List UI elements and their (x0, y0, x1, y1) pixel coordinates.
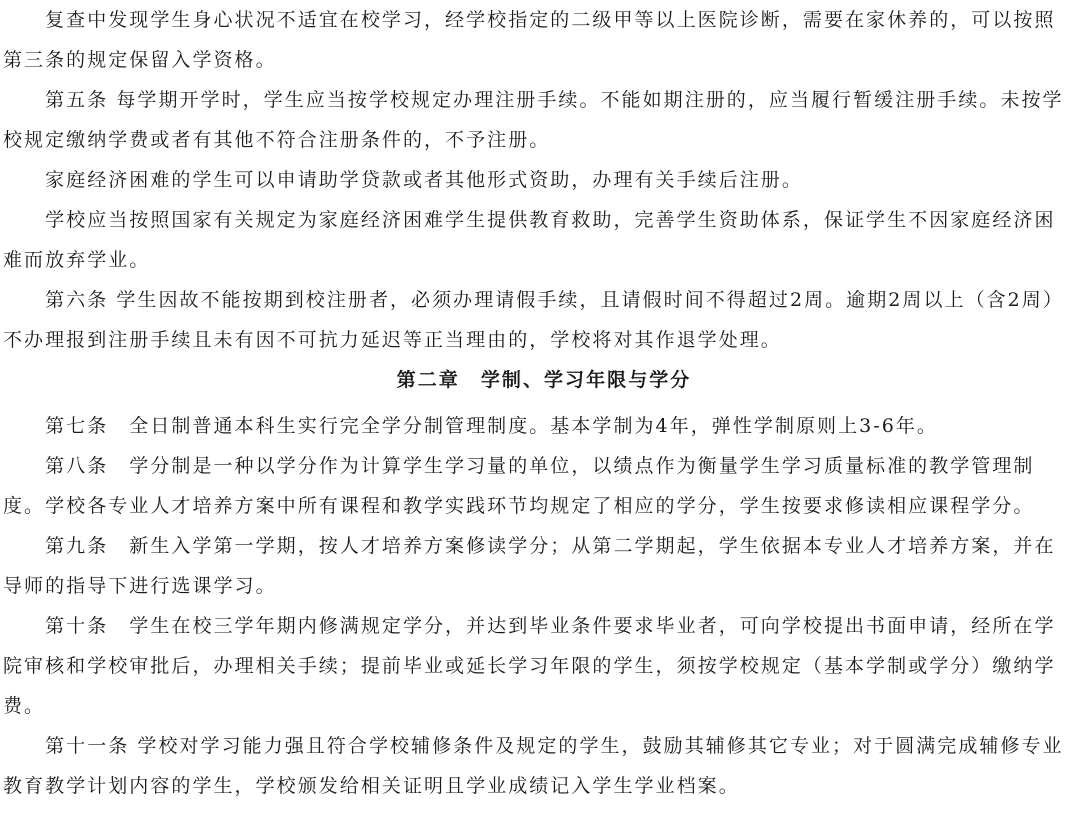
article-8: 第八条 学分制是一种以学分作为计算学生学习量的单位，以绩点作为衡量学生学习质量标… (3, 446, 1079, 526)
text-line: 第十一条 学校对学习能力强且符合学校辅修条件及规定的学生，鼓励其辅修其它专业；对… (3, 726, 1079, 766)
text-line: 导师的指导下进行选课学习。 (3, 566, 1079, 606)
text-line: 第十条 学生在校三学年期内修满规定学分，并达到毕业条件要求毕业者，可向学校提出书… (3, 606, 1079, 646)
text-line: 学校应当按照国家有关规定为家庭经济困难学生提供教育救助，完善学生资助体系，保证学… (3, 200, 1079, 240)
text-line: 第八条 学分制是一种以学分作为计算学生学习量的单位，以绩点作为衡量学生学习质量标… (3, 446, 1079, 486)
text-line: 费。 (3, 686, 1079, 726)
article-11: 第十一条 学校对学习能力强且符合学校辅修条件及规定的学生，鼓励其辅修其它专业；对… (3, 726, 1079, 806)
paragraph-financial-aid: 家庭经济困难的学生可以申请助学贷款或者其他形式资助，办理有关手续后注册。 (3, 160, 1079, 200)
chapter-heading: 第二章 学制、学习年限与学分 (3, 360, 1079, 406)
text-line: 院审核和学校审批后，办理相关手续；提前毕业或延长学习年限的学生，须按学校规定（基… (3, 646, 1079, 686)
text-line: 第七条 全日制普通本科生实行完全学分制管理制度。基本学制为4年，弹性学制原则上3… (3, 406, 1079, 446)
text-line: 复查中发现学生身心状况不适宜在校学习，经学校指定的二级甲等以上医院诊断，需要在家… (3, 0, 1079, 40)
document-page: 复查中发现学生身心状况不适宜在校学习，经学校指定的二级甲等以上医院诊断，需要在家… (3, 0, 1079, 806)
article-5: 第五条 每学期开学时，学生应当按学校规定办理注册手续。不能如期注册的，应当履行暂… (3, 80, 1079, 160)
article-9: 第九条 新生入学第一学期，按人才培养方案修读学分；从第二学期起，学生依据本专业人… (3, 526, 1079, 606)
text-line: 第三条的规定保留入学资格。 (3, 40, 1079, 80)
text-line: 第九条 新生入学第一学期，按人才培养方案修读学分；从第二学期起，学生依据本专业人… (3, 526, 1079, 566)
article-6: 第六条 学生因故不能按期到校注册者，必须办理请假手续，且请假时间不得超过2周。逾… (3, 280, 1079, 360)
paragraph-health-review: 复查中发现学生身心状况不适宜在校学习，经学校指定的二级甲等以上医院诊断，需要在家… (3, 0, 1079, 80)
text-line: 度。学校各专业人才培养方案中所有课程和教学实践环节均规定了相应的学分，学生按要求… (3, 486, 1079, 526)
text-line: 不办理报到注册手续且未有因不可抗力延迟等正当理由的，学校将对其作退学处理。 (3, 320, 1079, 360)
paragraph-school-assistance: 学校应当按照国家有关规定为家庭经济困难学生提供教育救助，完善学生资助体系，保证学… (3, 200, 1079, 280)
text-line: 第六条 学生因故不能按期到校注册者，必须办理请假手续，且请假时间不得超过2周。逾… (3, 280, 1079, 320)
text-line: 教育教学计划内容的学生，学校颁发给相关证明且学业成绩记入学生学业档案。 (3, 766, 1079, 806)
text-line: 校规定缴纳学费或者有其他不符合注册条件的，不予注册。 (3, 120, 1079, 160)
text-line: 家庭经济困难的学生可以申请助学贷款或者其他形式资助，办理有关手续后注册。 (3, 160, 1079, 200)
text-line: 第五条 每学期开学时，学生应当按学校规定办理注册手续。不能如期注册的，应当履行暂… (3, 80, 1079, 120)
text-line: 难而放弃学业。 (3, 240, 1079, 280)
article-10: 第十条 学生在校三学年期内修满规定学分，并达到毕业条件要求毕业者，可向学校提出书… (3, 606, 1079, 726)
article-7: 第七条 全日制普通本科生实行完全学分制管理制度。基本学制为4年，弹性学制原则上3… (3, 406, 1079, 446)
